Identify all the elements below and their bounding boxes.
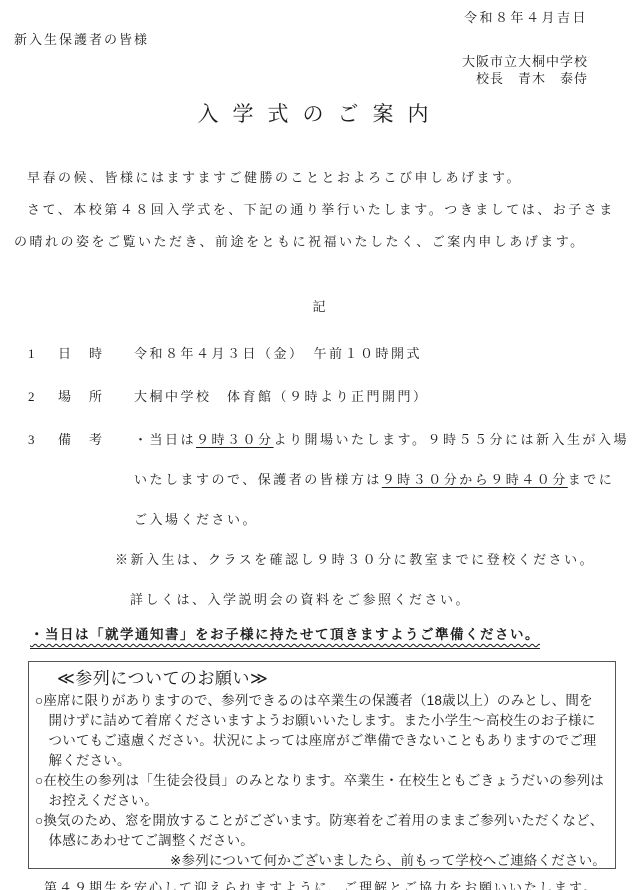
- remarks-line-1: ・当日は９時３０分より開場いたします。９時５５分には新入生が入場: [134, 426, 640, 453]
- box-item-students: ○在校生の参列は「生徒会役員」のみとなります。卒業生・在校生ともごきょうだいの参…: [35, 771, 606, 811]
- item-number: 3: [28, 426, 58, 453]
- greeting-paragraph: 早春の候、皆様にはますますご健勝のこととおよろこび申しあげます。: [14, 162, 626, 194]
- newstudent-note-line: ※新入生は、クラスを確認し９時３０分に教室までに登校ください。: [115, 546, 640, 573]
- attendance-request-box: ≪参列についてのお願い≫ ○座席に限りがありますので、参列できるのは卒業生の保護…: [28, 661, 616, 869]
- remarks-line-3: ご入場ください。: [134, 506, 640, 533]
- important-notice-line: ・当日は「就学通知書」をお子様に持たせて頂きますようご準備ください。: [30, 625, 540, 649]
- recipient-line: 新入生保護者の皆様: [0, 29, 640, 48]
- underlined-time-range: ９時３０分から９時４０分: [382, 472, 568, 487]
- intro-paragraphs: 早春の候、皆様にはますますご健勝のこととおよろこび申しあげます。 さて、本校第４…: [0, 162, 640, 258]
- entrance-ceremony-notice-page: 令和８年４月吉日 新入生保護者の皆様 大阪市立大桐中学校 校長 青木 泰侍 入学…: [0, 0, 640, 890]
- underlined-time: ９時３０分: [196, 432, 274, 447]
- details-list: 1 日 時 令和８年４月３日（金） 午前１０時開式 2 場 所 大桐中学校 体育…: [0, 340, 640, 613]
- box-item-seating: ○座席に限りがありますので、参列できるのは卒業生の保護者（18歳以上）のみとし、…: [35, 691, 606, 771]
- item-value: 令和８年４月３日（金） 午前１０時開式: [134, 340, 640, 367]
- remarks-line-2: いたしますので、保護者の皆様方は９時３０分から９時４０分までに: [134, 466, 640, 493]
- ki-heading: 記: [0, 298, 640, 316]
- box-title: ≪参列についてのお願い≫: [57, 666, 606, 691]
- item-number: 1: [28, 340, 58, 367]
- principal-name: 校長 青木 泰侍: [0, 70, 588, 87]
- closing-line: 第４９期生を安心して迎えられますように、ご理解とご協力をお願いいたします。: [0, 878, 640, 890]
- detail-row-place: 2 場 所 大桐中学校 体育館（９時より正門開門）: [28, 383, 640, 410]
- body-paragraph: さて、本校第４８回入学式を、下記の通り挙行いたします。つきましては、お子さまの晴…: [14, 194, 626, 258]
- detail-row-remarks: 3 備 考 ・当日は９時３０分より開場いたします。９時５５分には新入生が入場: [28, 426, 640, 453]
- reference-line: 詳しくは、入学説明会の資料をご参照ください。: [130, 586, 640, 613]
- document-title: 入学式のご案内: [0, 100, 640, 128]
- item-label: 場 所: [58, 383, 134, 410]
- box-item-ventilation: ○換気のため、窓を開放することがございます。防寒着をご着用のままご参列いただくな…: [35, 811, 606, 851]
- detail-row-datetime: 1 日 時 令和８年４月３日（金） 午前１０時開式: [28, 340, 640, 367]
- item-number: 2: [28, 383, 58, 410]
- sender-block: 大阪市立大桐中学校 校長 青木 泰侍: [0, 53, 640, 87]
- box-contact-note: ※参列について何かございましたら、前もって学校へご連絡ください。: [35, 851, 606, 871]
- issue-date: 令和８年４月吉日: [0, 0, 640, 26]
- item-label: 備 考: [58, 426, 134, 453]
- school-name: 大阪市立大桐中学校: [0, 53, 588, 70]
- item-value: 大桐中学校 体育館（９時より正門開門）: [134, 383, 640, 410]
- item-label: 日 時: [58, 340, 134, 367]
